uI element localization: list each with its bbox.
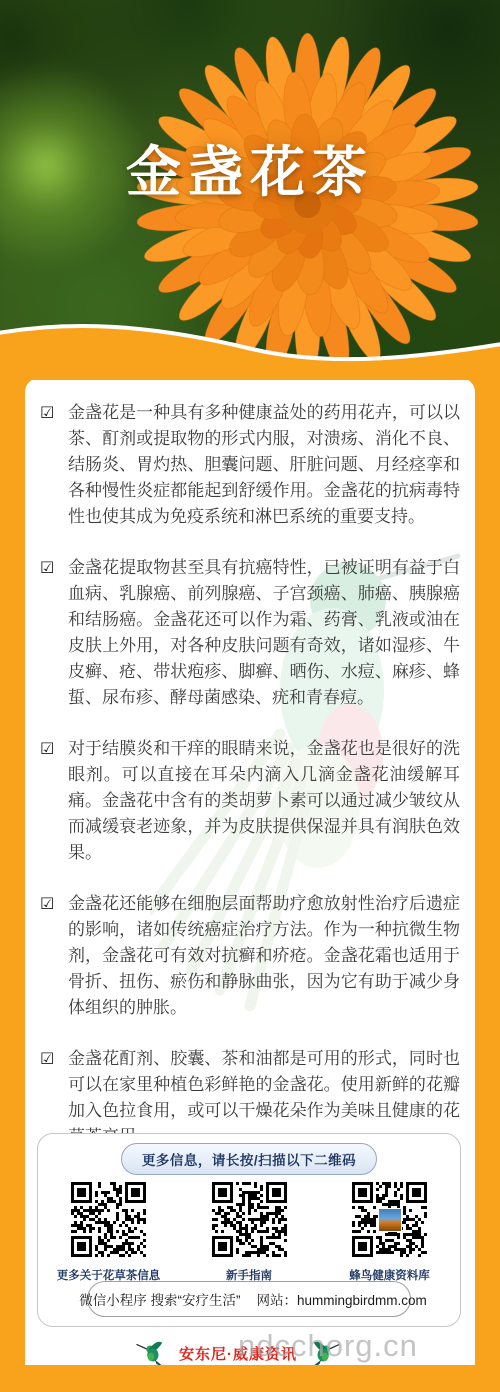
qr-section: 更多信息，请长按/扫描以下二维码 更多关于花草茶信息 新手指南 蜂鸟健康资料库 [37, 1133, 461, 1327]
wave-divider [0, 318, 500, 380]
qr-center-photo [378, 1208, 402, 1232]
checkbox-icon: ☑ [40, 892, 54, 918]
search-bar: 微信小程序 搜索“安疗生活” 网站：hummingbirdmm.com [87, 1281, 411, 1317]
qr-row: 更多关于花草茶信息 新手指南 蜂鸟健康资料库 [38, 1182, 460, 1283]
benefit-item: ☑ 金盏花还能够在细胞层面帮助疗愈放射性治疗后遗症的影响，诸如传统癌症治疗方法。… [40, 891, 460, 1021]
benefit-text: 金盏花酊剂、胶囊、茶和油都是可用的形式，同时也可以在家里种植色彩鲜艳的金盏花。使… [68, 1049, 460, 1146]
benefit-item: ☑ 金盏花提取物甚至具有抗癌特性，已被证明有益于白血病、乳腺癌、前列腺癌、子宫颈… [40, 555, 460, 711]
benefit-text: 对于结膜炎和干痒的眼睛来说，金盏花也是很好的洗眼剂。可以直接在耳朵内滴入几滴金盏… [68, 739, 460, 862]
checkbox-icon: ☑ [40, 401, 54, 427]
mini-program-text: 微信小程序 搜索“安疗生活” [79, 1289, 240, 1309]
qr-section-header: 更多信息，请长按/扫描以下二维码 [121, 1143, 377, 1175]
checkbox-icon: ☑ [40, 1047, 54, 1073]
footer-bar [0, 1365, 500, 1392]
hero-photo: 金盏花茶 [0, 0, 500, 380]
qr-code-beginner-guide [212, 1182, 287, 1257]
benefit-item: ☑ 对于结膜炎和干痒的眼睛来说，金盏花也是很好的洗眼剂。可以直接在耳朵内滴入几滴… [40, 736, 460, 866]
qr-item: 蜂鸟健康资料库 [320, 1182, 460, 1283]
benefit-text: 金盏花提取物甚至具有抗癌特性，已被证明有益于白血病、乳腺癌、前列腺癌、子宫颈癌、… [68, 558, 460, 707]
qr-code-health-library [352, 1182, 427, 1257]
site-watermark: ndcchorg.cn [238, 1328, 418, 1364]
checkbox-icon: ☑ [40, 556, 54, 582]
qr-item: 更多关于花草茶信息 [39, 1182, 179, 1283]
hummingbird-icon [136, 1338, 166, 1368]
benefit-text: 金盏花是一种具有多种健康益处的药用花卉，可以以茶、酊剂或提取物的形式内服，对溃疡… [68, 403, 460, 526]
poster-page: 金盏花茶 ☑ 金盏花是一种具有多种健康益处的药用花卉，可以 [0, 0, 500, 1392]
benefits-list: ☑ 金盏花是一种具有多种健康益处的药用花卉，可以以茶、酊剂或提取物的形式内服，对… [40, 400, 460, 1175]
benefit-text: 金盏花还能够在细胞层面帮助疗愈放射性治疗后遗症的影响，诸如传统癌症治疗方法。作为… [68, 894, 460, 1017]
website-text: 网站：hummingbirdmm.com [256, 1289, 426, 1309]
benefit-item: ☑ 金盏花是一种具有多种健康益处的药用花卉，可以以茶、酊剂或提取物的形式内服，对… [40, 400, 460, 530]
qr-item: 新手指南 [179, 1182, 319, 1283]
content-card: ☑ 金盏花是一种具有多种健康益处的药用花卉，可以以茶、酊剂或提取物的形式内服，对… [25, 378, 475, 1365]
checkbox-icon: ☑ [40, 737, 54, 763]
page-title: 金盏花茶 [0, 128, 500, 207]
qr-code-herbal-tea-info [71, 1182, 146, 1257]
